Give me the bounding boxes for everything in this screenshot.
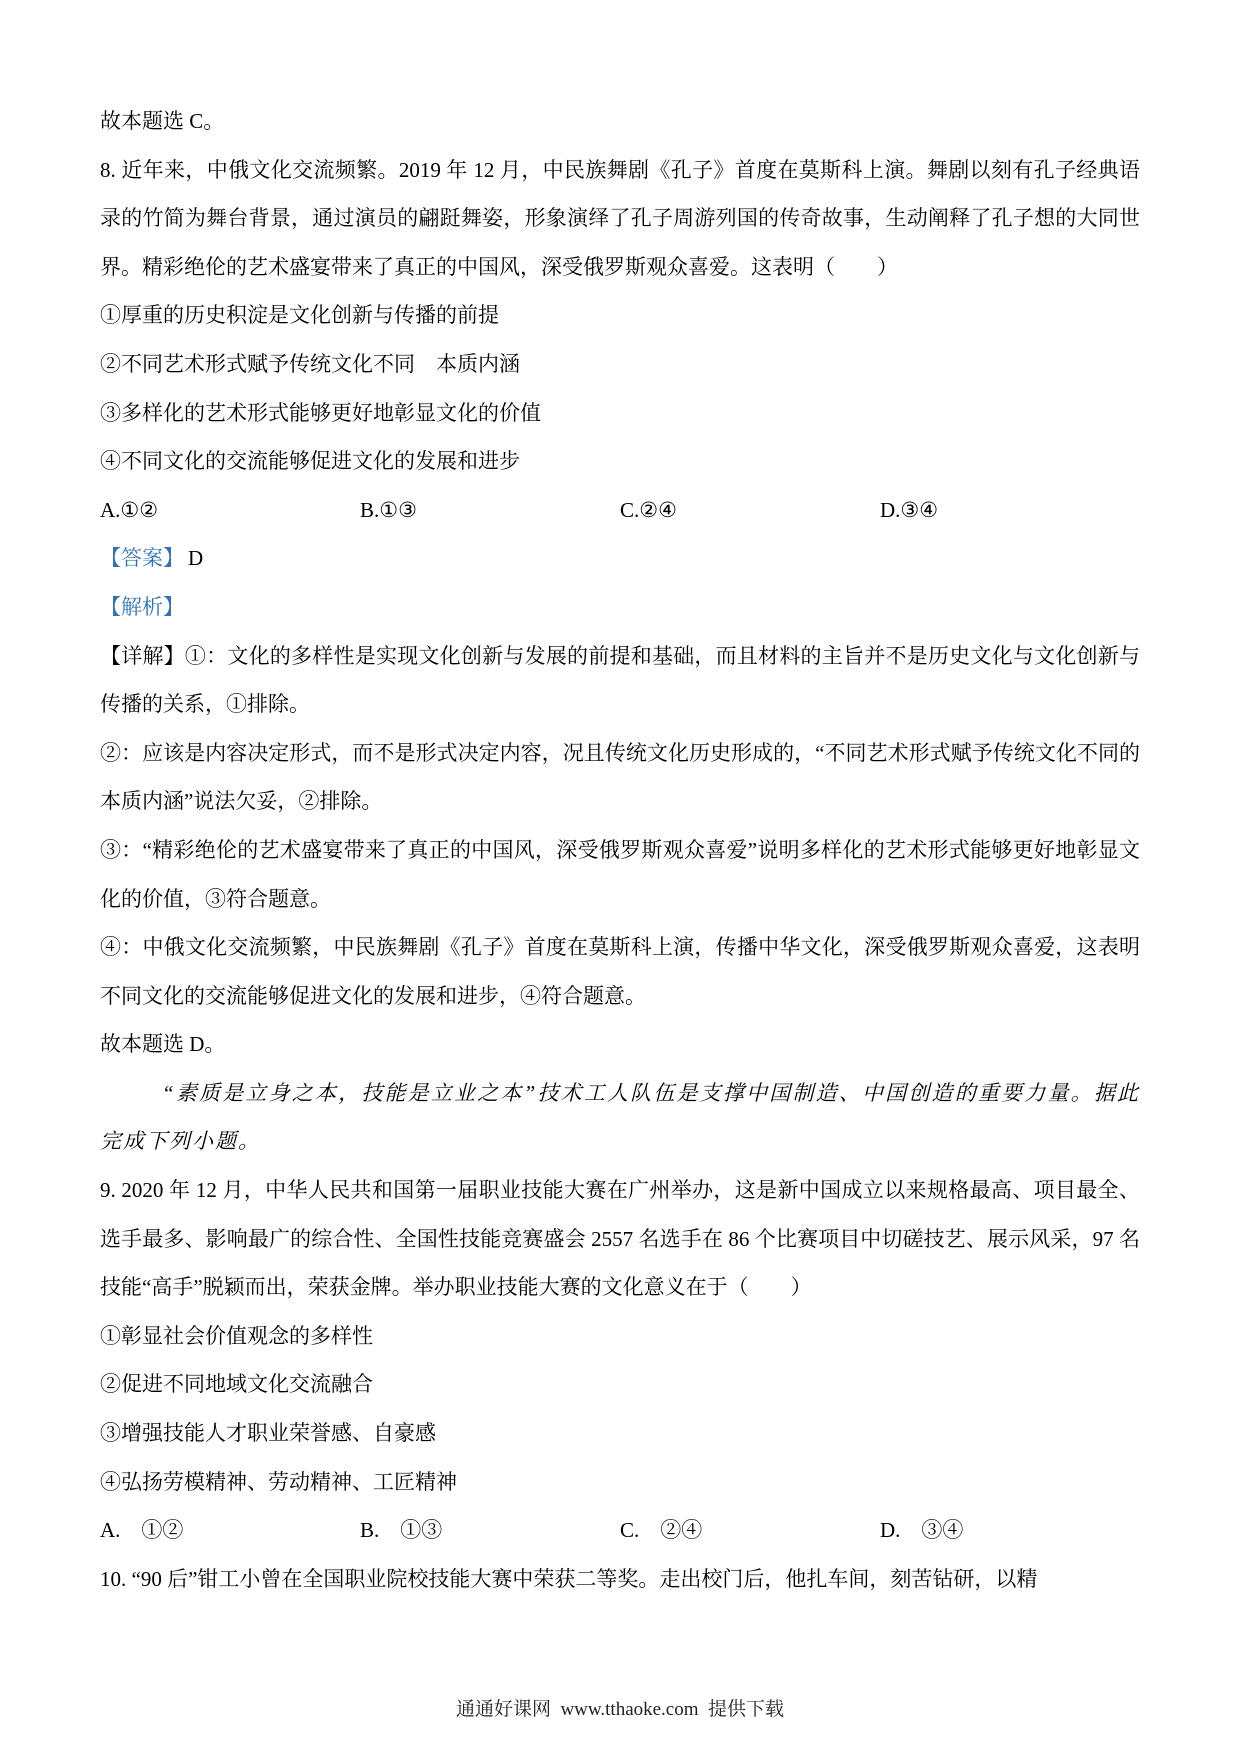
question-8-choice-c: C.②④ (620, 486, 880, 535)
question-10-stem: 10. “90 后”钳工小曾在全国职业院校技能大赛中荣获二等奖。走出校门后，他扎… (100, 1555, 1140, 1604)
material-intro-paragraph: “素质是立身之本，技能是立业之本”技术工人队伍是支撑中国制造、中国创造的重要力量… (100, 1069, 1140, 1166)
question-8-conclusion: 故本题选 D。 (100, 1020, 1140, 1069)
question-9-choice-c: C. ②④ (620, 1506, 880, 1555)
question-8-explanation-2: ②：应该是内容决定形式，而不是形式决定内容，况且传统文化历史形成的，“不同艺术形… (100, 729, 1140, 826)
question-8-analysis-line: 【解析】 (100, 583, 1140, 632)
question-9-stem: 9. 2020 年 12 月，中华人民共和国第一届职业技能大赛在广州举办，这是新… (100, 1166, 1140, 1312)
analysis-label: 【解析】 (100, 595, 184, 619)
question-9-item-2: ②促进不同地域文化交流融合 (100, 1360, 1140, 1409)
question-8-item-3: ③多样化的艺术形式能够更好地彰显文化的价值 (100, 389, 1140, 438)
question-8-explanation-3: ③：“精彩绝伦的艺术盛宴带来了真正的中国风，深受俄罗斯观众喜爱”说明多样化的艺术… (100, 826, 1140, 923)
question-8-choice-b: B.①③ (360, 486, 620, 535)
question-8-choices: A.①② B.①③ C.②④ D.③④ (100, 486, 1140, 535)
question-8-explanation-4: ④：中俄文化交流频繁，中民族舞剧《孔子》首度在莫斯科上演，传播中华文化，深受俄罗… (100, 923, 1140, 1020)
question-9-choice-d: D. ③④ (880, 1506, 1140, 1555)
question-9-choice-a: A. ①② (100, 1506, 360, 1555)
question-8-choice-a: A.①② (100, 486, 360, 535)
question-8-answer-line: 【答案】D (100, 534, 1140, 583)
question-9-item-3: ③增强技能人才职业荣誉感、自豪感 (100, 1409, 1140, 1458)
question-8-explanation-1: 【详解】①：文化的多样性是实现文化创新与发展的前提和基础，而且材料的主旨并不是历… (100, 632, 1140, 729)
answer-label: 【答案】 (100, 546, 184, 570)
question-8-item-1: ①厚重的历史积淀是文化创新与传播的前提 (100, 291, 1140, 340)
question-9-item-1: ①彰显社会价值观念的多样性 (100, 1312, 1140, 1361)
previous-question-conclusion: 故本题选 C。 (100, 97, 1140, 146)
document-page: 故本题选 C。 8. 近年来，中俄文化交流频繁。2019 年 12 月，中民族舞… (0, 0, 1240, 1603)
question-8-stem: 8. 近年来，中俄文化交流频繁。2019 年 12 月，中民族舞剧《孔子》首度在… (100, 146, 1140, 292)
question-8-choice-d: D.③④ (880, 486, 1140, 535)
question-9-item-4: ④弘扬劳模精神、劳动精神、工匠精神 (100, 1458, 1140, 1507)
question-9-choice-b: B. ①③ (360, 1506, 620, 1555)
question-9-choices: A. ①② B. ①③ C. ②④ D. ③④ (100, 1506, 1140, 1555)
answer-value: D (184, 546, 203, 570)
question-8-item-2: ②不同艺术形式赋予传统文化不同 本质内涵 (100, 340, 1140, 389)
footer-text: 通通好课网 www.tthaoke.com 提供下载 (0, 1698, 1240, 1722)
question-8-item-4: ④不同文化的交流能够促进文化的发展和进步 (100, 437, 1140, 486)
